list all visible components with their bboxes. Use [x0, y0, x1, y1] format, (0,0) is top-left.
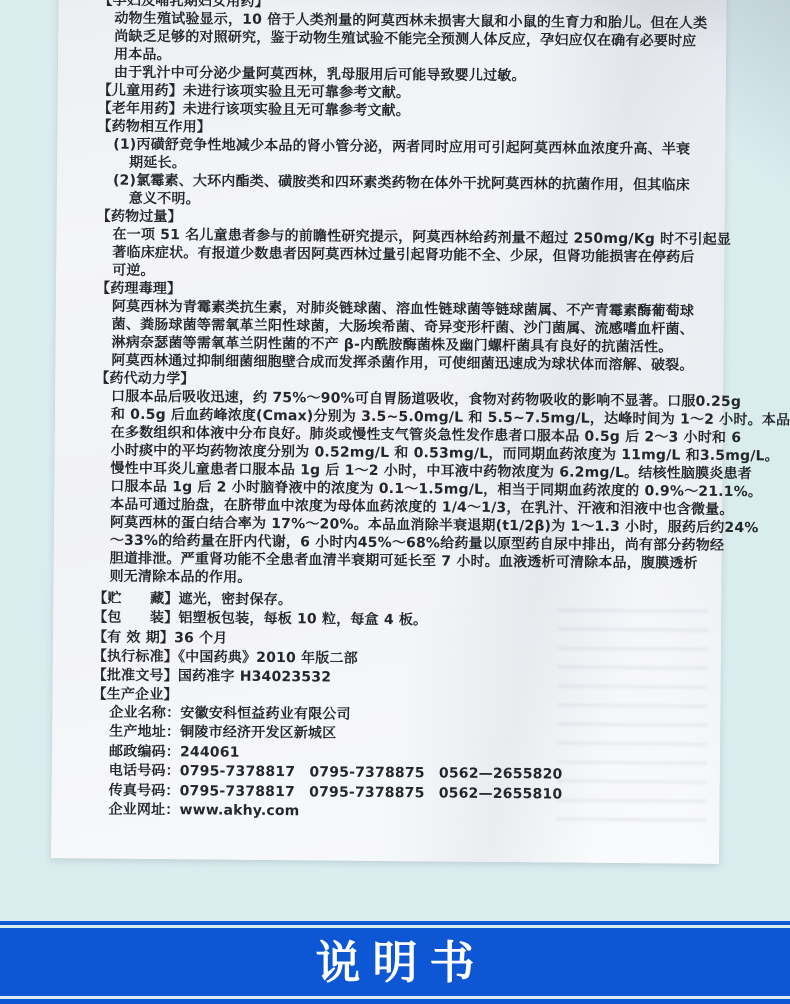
leaflet-company-text: 企业名称：安徽安科恒益药业有限公司生产地址：铜陵市经济开发区新城区邮政编码：24… — [91, 703, 704, 825]
banner-bottom-rule — [0, 999, 790, 1004]
text-line: 企业网址：www.akhy.com — [91, 800, 703, 825]
instruction-banner: 说明书 — [0, 928, 790, 996]
leaflet-body-text: 【孕妇及哺乳期妇女用药】动物生殖试验显示，10 倍于人类剂量的阿莫西林未损害大鼠… — [93, 0, 710, 591]
leaflet-admin-text: 【贮 藏】遮光，密封保存。【包 装】铝塑板包装，每板 10 粒，每盒 4 板。【… — [92, 589, 705, 710]
screenshot-root: { "colors": { "background": "#d9ecee", "… — [0, 0, 790, 1004]
leaflet-paper: 【孕妇及哺乳期妇女用药】动物生殖试验显示，10 倍于人类剂量的阿莫西林未损害大鼠… — [51, 0, 727, 864]
banner-top-rule — [0, 921, 790, 925]
banner-title: 说明书 — [303, 940, 486, 985]
